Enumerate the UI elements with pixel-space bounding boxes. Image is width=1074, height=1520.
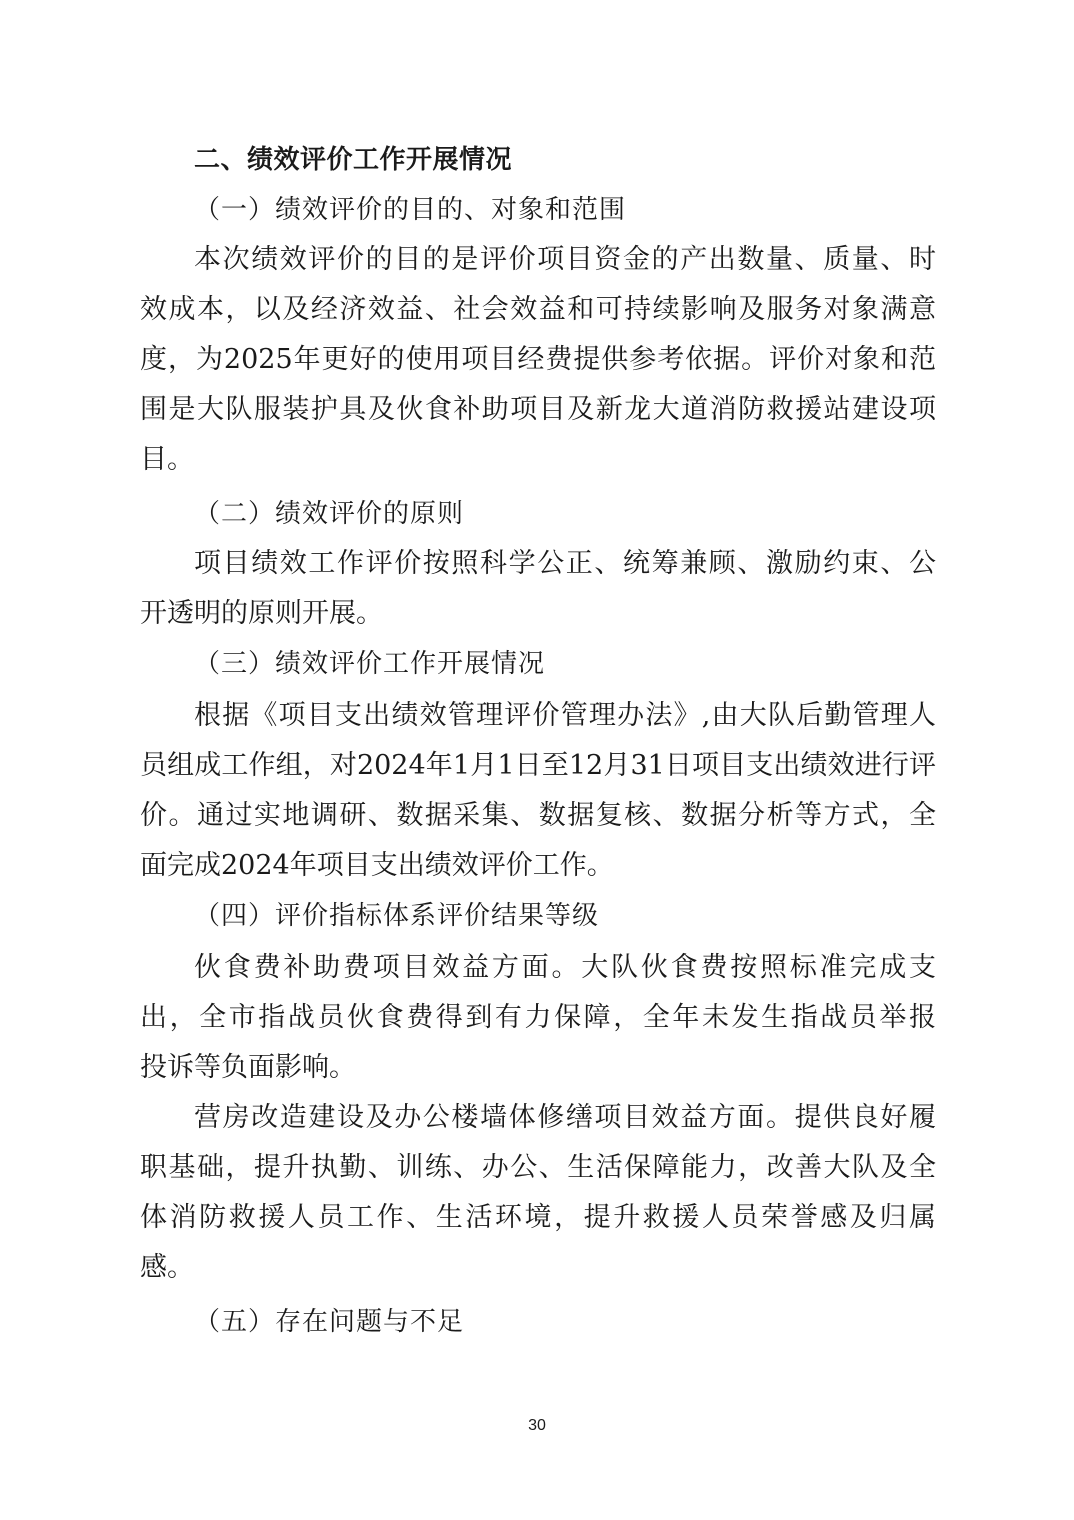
subsection-heading-3: （三）绩效评价工作开展情况 (194, 644, 545, 684)
paragraph-line: 体消防救援人员工作、生活环境，提升救援人员荣誉感及归属 (140, 1198, 936, 1238)
paragraph-line: 职基础，提升执勤、训练、办公、生活保障能力，改善大队及全 (140, 1148, 936, 1188)
paragraph-line: 员组成工作组，对2024年1月1日至12月31日项目支出绩效进行评 (140, 746, 936, 786)
paragraph-line: 出，全市指战员伙食费得到有力保障，全年未发生指战员举报 (140, 998, 936, 1038)
paragraph-line: 开透明的原则开展。 (140, 594, 936, 634)
page-number: 30 (0, 1416, 1074, 1436)
subsection-heading-1: （一）绩效评价的目的、对象和范围 (194, 190, 626, 230)
paragraph-line: 面完成2024年项目支出绩效评价工作。 (140, 846, 936, 886)
paragraph-line: 目。 (140, 440, 936, 480)
paragraph-line: 价。通过实地调研、数据采集、数据复核、数据分析等方式，全 (140, 796, 936, 836)
subsection-heading-4: （四）评价指标体系评价结果等级 (194, 896, 599, 936)
paragraph-line: 感。 (140, 1248, 936, 1288)
subsection-heading-2: （二）绩效评价的原则 (194, 494, 464, 534)
section-heading: 二、绩效评价工作开展情况 (194, 140, 512, 180)
paragraph-line: 营房改造建设及办公楼墙体修缮项目效益方面。提供良好履 (194, 1098, 936, 1138)
paragraph-line: 投诉等负面影响。 (140, 1048, 936, 1088)
paragraph-line: 围是大队服装护具及伙食补助项目及新龙大道消防救援站建设项 (140, 390, 936, 430)
subsection-heading-5: （五）存在问题与不足 (194, 1302, 464, 1342)
paragraph-line: 本次绩效评价的目的是评价项目资金的产出数量、质量、时 (194, 240, 936, 280)
paragraph-line: 项目绩效工作评价按照科学公正、统筹兼顾、激励约束、公 (194, 544, 936, 584)
paragraph-line: 伙食费补助费项目效益方面。大队伙食费按照标准完成支 (194, 948, 936, 988)
document-page: 二、绩效评价工作开展情况 （一）绩效评价的目的、对象和范围 本次绩效评价的目的是… (0, 0, 1074, 1520)
paragraph-line: 效成本，以及经济效益、社会效益和可持续影响及服务对象满意 (140, 290, 936, 330)
paragraph-line: 度，为2025年更好的使用项目经费提供参考依据。评价对象和范 (140, 340, 936, 380)
paragraph-line: 根据《项目支出绩效管理评价管理办法》,由大队后勤管理人 (194, 696, 936, 736)
